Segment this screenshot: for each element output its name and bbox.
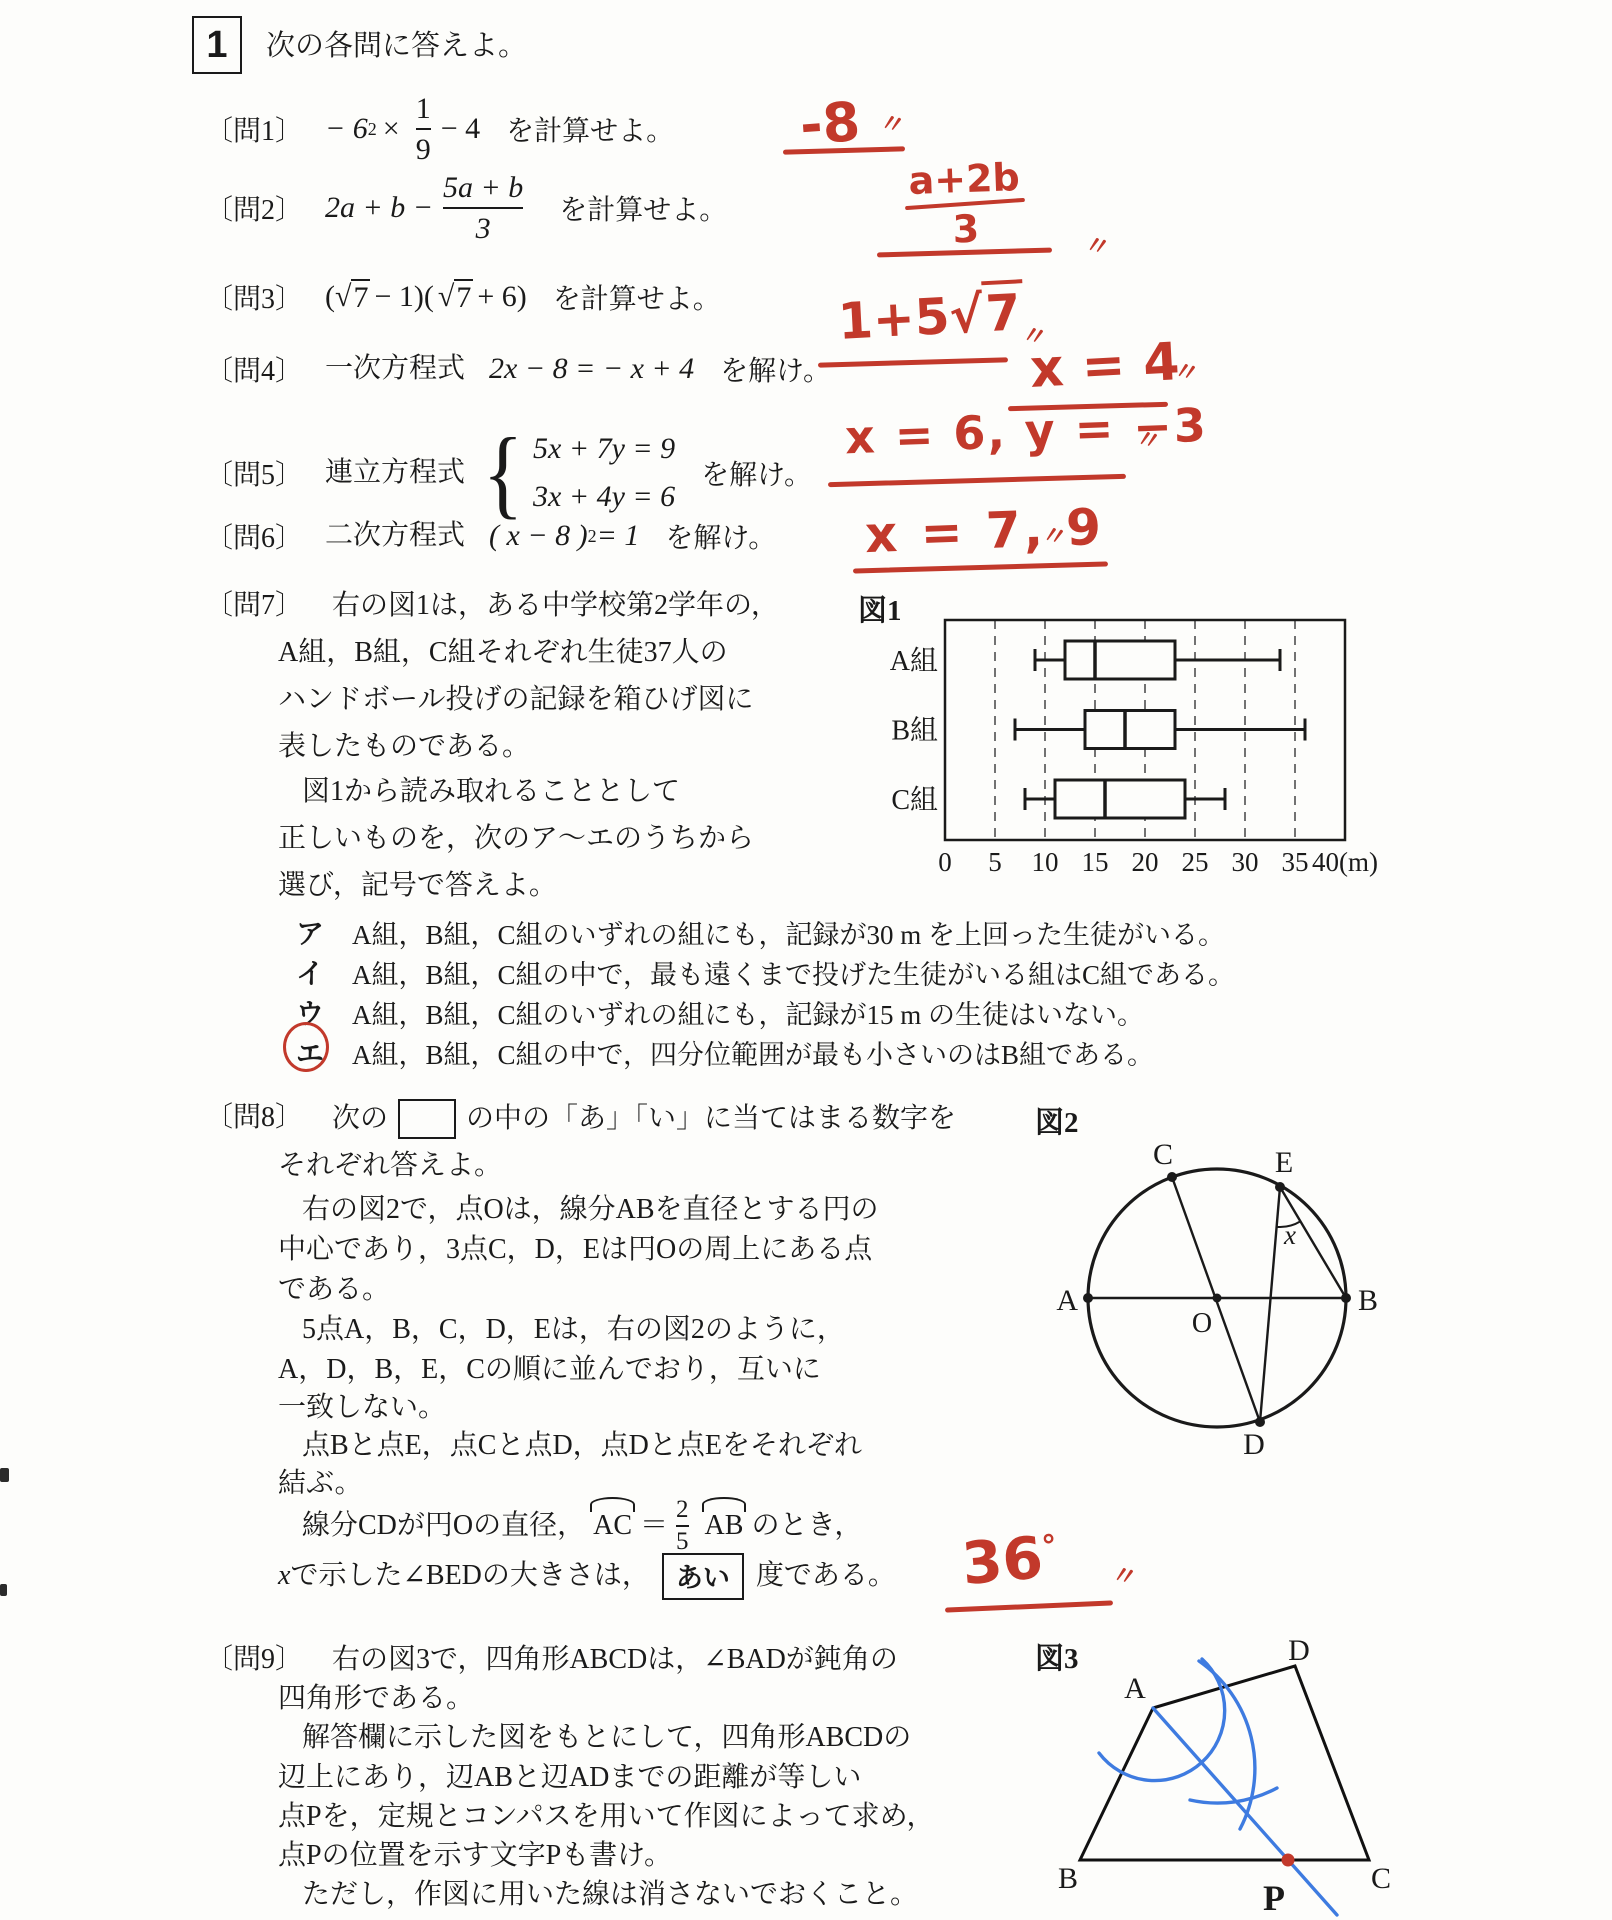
q5-label: 〔問5〕 (205, 453, 303, 493)
x-tick-label: 40(m) (1312, 847, 1378, 877)
q1-tail: を計算せよ。 (506, 109, 674, 149)
answer-q2-underline (877, 248, 1052, 258)
q7-line: A組，B組，C組それぞれ生徒37人の (278, 635, 728, 671)
row-label: C組 (891, 784, 938, 816)
q9-line: 四角形である。 (278, 1681, 474, 1717)
q8-line: A，D，B，E，Cの順に並んでおり，互いに (278, 1352, 821, 1388)
q9-line: ただし，作図に用いた線は消さないでおくこと。 (302, 1877, 918, 1913)
q3-label: 〔問3〕 (205, 277, 303, 317)
answer-check: 〃 (1081, 223, 1115, 265)
question-3: 〔問3〕 ( √7 − 1)( √7 + 6) を計算せよ。 (205, 274, 721, 320)
q8-l11-fraction: 2 5 (676, 1497, 689, 1556)
q2-lead: 2a + b − (325, 191, 433, 225)
label-D: D (1243, 1428, 1265, 1461)
q3-radical: √ (335, 280, 351, 314)
q7-line: 選び，記号で答えよ。 (278, 868, 557, 904)
option-text-e: A組，B組，C組の中で，四分位範囲が最も小さいのはB組である。 (352, 1033, 1154, 1072)
label-P-handwritten: P (1263, 1878, 1285, 1918)
point-P-dot (1282, 1854, 1295, 1867)
q8-line1-b: の中の「あ」「い」に当てはまる数字を (466, 1101, 956, 1137)
q9-label: 〔問9〕 (205, 1642, 303, 1678)
point-B (1341, 1293, 1351, 1303)
q8-l11-s1: 線分CDが円Oの直径， (302, 1508, 585, 1544)
problem-number-box: 1 (192, 16, 242, 74)
answer-q2: a+2b 3 (904, 158, 1027, 250)
point-A (1083, 1293, 1093, 1303)
question-4: 〔問4〕 一次方程式 2x − 8 = − x + 4 を解け。 (205, 346, 831, 392)
answer-circle-mark (283, 1022, 329, 1072)
q3-radicand: 7 (351, 279, 370, 315)
q3-p3: + 6) (477, 280, 526, 314)
answer-q8-value: 36 (959, 1523, 1045, 1598)
q8-l12-s2: 度である。 (756, 1558, 896, 1594)
answer-q2-num: a+2b (908, 158, 1020, 200)
q8-line: である。 (278, 1272, 390, 1308)
iqr-box (1055, 780, 1185, 818)
q8-line: 中心であり，3点C，D，Eは円Oの周上にある点 (278, 1232, 872, 1268)
answer-q8: 36° (959, 1522, 1060, 1598)
q3-radical2: √ (438, 280, 454, 314)
answer-q4: x = 4 (1029, 332, 1181, 400)
q8-l11-num: 2 (676, 1497, 689, 1523)
label-x: x (1283, 1220, 1296, 1250)
q8-l11-equals: ＝ (640, 1508, 668, 1544)
q3-radicand2: 7 (454, 279, 473, 315)
q7-line: ハンドボール投げの記録を箱ひげ図に (278, 682, 753, 718)
option-text-i: A組，B組，C組の中で，最も遠くまで投げた生徒がいる組はC組である。 (352, 953, 1235, 992)
q9-line: 点Pの位置を示す文字Pも書け。 (278, 1838, 672, 1874)
answer-q3-radicand: 7 (981, 279, 1025, 343)
option-key-a: ア (296, 912, 324, 952)
q7-line: 正しいものを，次のア～エのうちから (278, 821, 754, 857)
figure2-circle-diagram: A B C D E O x (1040, 1120, 1440, 1500)
exam-page: 1 次の各問に答えよ。 〔問1〕 − 62 × 1 9 − 4 を計算せよ。 〔… (0, 0, 1612, 1920)
x-tick-label: 35 (1282, 847, 1309, 877)
q8-line12: x で示した∠BEDの大きさは， あい 度である。 (278, 1552, 896, 1600)
q7-line: 右の図1は，ある中学校第2学年の， (332, 588, 779, 624)
q5-equation-1: 5x + 7y = 9 (533, 432, 675, 466)
label-B: B (1058, 1862, 1078, 1895)
scan-artifact (0, 1468, 9, 1482)
arc-AB: AB (703, 1508, 746, 1544)
answer-q8-degree: ° (1040, 1529, 1058, 1565)
scan-artifact (0, 1584, 7, 1596)
label-C: C (1153, 1138, 1173, 1171)
q2-frac-num: 5a + b (443, 171, 523, 204)
answer-q3-radical: √ (948, 285, 984, 345)
question-1: 〔問1〕 − 62 × 1 9 − 4 を計算せよ。 (205, 90, 674, 168)
answer-placeholder-box: あい (662, 1553, 744, 1600)
q1-frac-den: 9 (416, 133, 431, 166)
iqr-box (1065, 641, 1175, 679)
label-C: C (1371, 1862, 1391, 1895)
x-tick-label: 5 (988, 847, 1002, 877)
q1-lead: − 6 (325, 112, 368, 146)
problem-number: 1 (206, 24, 227, 67)
answer-q3: 1+5√7 (837, 283, 1025, 351)
q7-line: 表したものである。 (278, 729, 530, 765)
q8-line1-a: 次の (332, 1101, 388, 1137)
q9-line: 辺上にあり，辺ABと辺ADまでの距離が等しい (278, 1760, 861, 1796)
q8-line: 右の図2で，点Oは，線分ABを直径とする円の (302, 1192, 879, 1228)
q9-line: 点Pを，定規とコンパスを用いて作図によって求め， (278, 1799, 935, 1835)
point-O (1213, 1294, 1222, 1303)
q3-tail: を計算せよ。 (553, 277, 721, 317)
q2-label: 〔問2〕 (205, 188, 303, 228)
q1-operator: × (383, 112, 400, 146)
q8-line: 点Bと点E，点Cと点D，点Dと点Eをそれぞれ (302, 1428, 862, 1464)
q8-line11: 線分CDが円Oの直径， AC ＝ 2 5 AB のとき， (302, 1496, 862, 1556)
x-tick-label: 20 (1132, 847, 1159, 877)
q8-label: 〔問8〕 (205, 1100, 303, 1136)
q5-system: 5x + 7y = 9 3x + 4y = 6 (533, 432, 675, 514)
q6-eq-close: = 1 (597, 519, 640, 553)
answer-q3-lead: 1+5 (837, 287, 951, 351)
q5-equation-2: 3x + 4y = 6 (533, 480, 675, 514)
row-label: B組 (891, 715, 938, 747)
system-brace: { (483, 428, 524, 518)
q2-frac-den: 3 (476, 212, 491, 245)
label-E: E (1275, 1146, 1293, 1179)
q8-line: 5点A，B，C，D，Eは，右の図2のように， (302, 1312, 845, 1348)
q9-line: 右の図3で，四角形ABCDは，∠BADが鈍角の (332, 1642, 898, 1678)
chord-ED (1260, 1187, 1280, 1422)
x-tick-label: 10 (1032, 847, 1059, 877)
q4-equation: 2x − 8 = − x + 4 (489, 352, 694, 386)
row-label: A組 (890, 645, 938, 677)
answer-check: 〃 (876, 101, 910, 143)
fraction-bar (676, 1525, 689, 1527)
answer-check: 〃 (1108, 1553, 1142, 1595)
q4-label: 〔問4〕 (205, 349, 303, 389)
angle-bisector-line (1153, 1708, 1337, 1915)
label-A: A (1056, 1284, 1078, 1317)
q1-fraction: 1 9 (416, 92, 431, 166)
q8-line1: 次の の中の「あ」「い」に当てはまる数字を (332, 1094, 956, 1144)
label-B: B (1358, 1284, 1378, 1317)
answer-q2-den: 3 (952, 210, 980, 249)
answer-blank-box (398, 1099, 456, 1139)
question-2: 〔問2〕 2a + b − 5a + b 3 を計算せよ。 (205, 168, 727, 248)
q6-label: 〔問6〕 (205, 516, 303, 556)
q8-l12-x: x (278, 1558, 290, 1594)
figure3-construction-diagram: A B C D P (1040, 1640, 1480, 1920)
q4-name: 一次方程式 (325, 351, 465, 387)
x-tick-label: 15 (1082, 847, 1109, 877)
fraction-bar (443, 207, 523, 209)
q1-label: 〔問1〕 (205, 109, 303, 149)
q1-trail: − 4 (441, 112, 480, 146)
question-6: 〔問6〕 二次方程式 ( x − 8 )2 = 1 を解け。 (205, 513, 776, 559)
q9-line: 解答欄に示した図をもとにして，四角形ABCDの (302, 1720, 911, 1756)
label-O: O (1192, 1308, 1212, 1339)
point-E (1275, 1182, 1285, 1192)
q2-tail: を計算せよ。 (559, 188, 727, 228)
q3-p2: − 1)( (374, 280, 433, 314)
point-C (1167, 1172, 1177, 1182)
fraction-bar (416, 128, 431, 130)
x-tick-label: 0 (938, 847, 952, 877)
option-key-i: イ (296, 952, 324, 992)
iqr-box (1085, 711, 1175, 749)
problem-instruction: 次の各問に答えよ。 (266, 28, 527, 66)
q6-tail: を解け。 (665, 516, 776, 556)
q3-p1: ( (325, 280, 335, 314)
q1-frac-num: 1 (416, 92, 431, 125)
q8-l12-s1: で示した∠BEDの大きさは， (290, 1558, 649, 1594)
point-D (1255, 1417, 1265, 1427)
option-text-a: A組，B組，C組のいずれの組にも，記録が30 m を上回った生徒がいる。 (352, 913, 1225, 952)
q2-fraction: 5a + b 3 (443, 171, 523, 245)
arc-AC: AC (591, 1508, 634, 1544)
x-tick-label: 25 (1182, 847, 1209, 877)
q6-eq-open: ( x − 8 ) (489, 519, 588, 553)
q7-line: 図1から読み取れることとして (302, 774, 680, 810)
option-text-u: A組，B組，C組のいずれの組にも，記録が15 m の生徒はいない。 (352, 993, 1144, 1032)
q6-name: 二次方程式 (325, 518, 465, 554)
x-tick-label: 30 (1232, 847, 1259, 877)
q8-line: 一致しない。 (278, 1390, 446, 1426)
label-A: A (1124, 1672, 1146, 1705)
q4-tail: を解け。 (720, 349, 831, 389)
q5-tail: を解け。 (701, 453, 812, 493)
q7-label: 〔問7〕 (205, 588, 303, 624)
answer-q8-underline (945, 1600, 1113, 1612)
q8-l11-s2: のとき， (751, 1508, 862, 1544)
answer-q3-underline (818, 357, 1008, 367)
q8-line: それぞれ答えよ。 (278, 1148, 502, 1184)
answer-q5-underline (828, 474, 1126, 487)
figure1-boxplot: 0510152025303540(m)A組B組C組 (860, 595, 1440, 885)
q5-name: 連立方程式 (325, 455, 465, 491)
label-D: D (1288, 1640, 1310, 1667)
